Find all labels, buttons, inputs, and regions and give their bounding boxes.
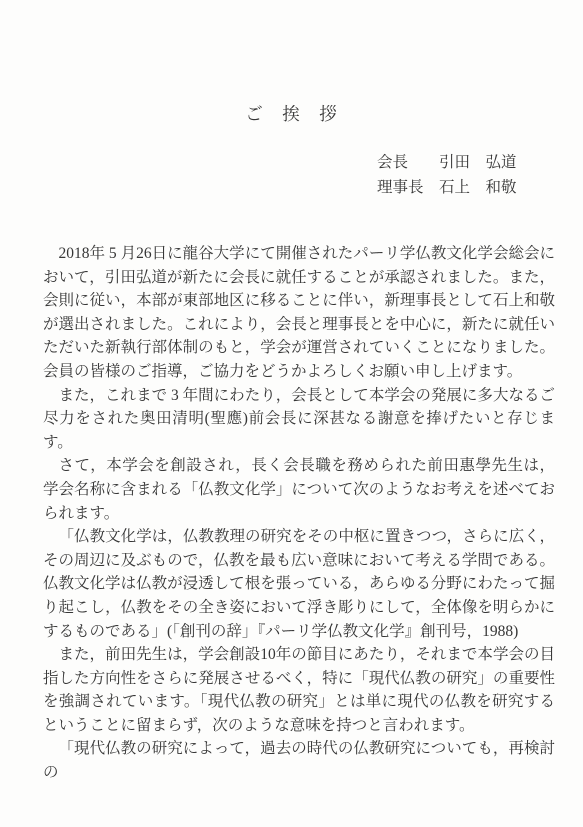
paragraph: 「仏教文化学は，仏教教理の研究をその中枢に置きつつ，さらに広く，その周辺に及ぶも… xyxy=(43,525,555,643)
signature-block: 会長 引田 弘道理事長 石上 和敬 xyxy=(377,150,517,200)
page-title: ご 挨 拶 xyxy=(0,101,583,126)
paragraph: また，これまで 3 年間にわたり，会長として本学会の発展に多大なるご尽力をされた… xyxy=(43,384,555,455)
document-page: ご 挨 拶 会長 引田 弘道理事長 石上 和敬 2018年 5 月26日に龍谷大… xyxy=(0,0,583,827)
paragraph: また，前田先生は，学会創設10年の節目にあたり，それまで本学会の目指した方向性を… xyxy=(43,643,555,737)
body-text: 2018年 5 月26日に龍谷大学にて開催されたパーリ学仏教文化学会総会において… xyxy=(43,242,555,785)
signature-line: 理事長 石上 和敬 xyxy=(377,175,517,200)
signature-line: 会長 引田 弘道 xyxy=(377,150,517,175)
paragraph: 「現代仏教の研究によって，過去の時代の仏教研究についても，再検討の xyxy=(43,737,555,784)
paragraph: さて，本学会を創設され，長く会長職を務められた前田惠學先生は，学会名称に含まれる… xyxy=(43,454,555,525)
paragraph: 2018年 5 月26日に龍谷大学にて開催されたパーリ学仏教文化学会総会において… xyxy=(43,242,555,384)
